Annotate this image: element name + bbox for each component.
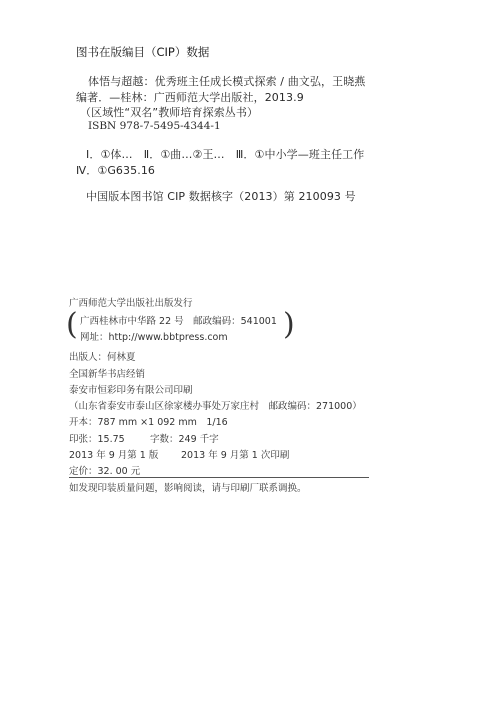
cip-series-line: （区域性“双名”教师培育探索丛书）	[80, 104, 258, 120]
edition: 2013 年 9 月第 1 版	[69, 447, 158, 461]
sheets: 印张：15.75	[69, 431, 125, 445]
cip-core-number: 中国版本图书馆 CIP 数据核字（2013）第 210093 号	[86, 188, 356, 204]
publisher-line: 广西师范大学出版社出版发行	[69, 295, 193, 309]
quality-notice: 如发现印装质量问题，影响阅读，请与印刷厂联系调换。	[69, 480, 307, 494]
printing: 2013 年 9 月第 1 次印刷	[181, 447, 289, 461]
cip-isbn: ISBN 978-7-5495-4344-1	[88, 120, 221, 132]
printer: 泰安市恒彩印务有限公司印刷	[69, 382, 193, 396]
cip-book-title-line: 体悟与超越：优秀班主任成长模式探索 / 曲文弘，王晓燕	[88, 73, 365, 89]
divider-line	[69, 477, 369, 478]
left-bracket: (	[66, 310, 78, 340]
word-count: 字数：249 千字	[150, 431, 219, 445]
publisher-address: 广西桂林市中华路 22 号 邮政编码：541001	[80, 313, 277, 327]
publisher-person: 出版人：何林夏	[69, 349, 136, 363]
cip-classification-line-2: Ⅳ．①G635.16	[76, 162, 155, 178]
printer-address: （山东省泰安市泰山区徐家楼办事处万家庄村 邮政编码：271000）	[69, 398, 362, 412]
cip-title: 图书在版编目（CIP）数据	[76, 44, 209, 60]
distributor: 全国新华书店经销	[69, 366, 145, 380]
cip-classification-line-1: Ⅰ．①体… Ⅱ．①曲…②王… Ⅲ．①中小学—班主任工作	[86, 146, 364, 162]
right-bracket: )	[283, 310, 295, 340]
cip-publication-line: 编著．—桂林：广西师范大学出版社，2013.9	[76, 89, 304, 105]
format: 开本：787 mm ×1 092 mm 1/16	[69, 414, 228, 428]
publisher-website: 网址：http://www.bbtpress.com	[80, 329, 228, 343]
price: 定价：32. 00 元	[69, 463, 140, 477]
